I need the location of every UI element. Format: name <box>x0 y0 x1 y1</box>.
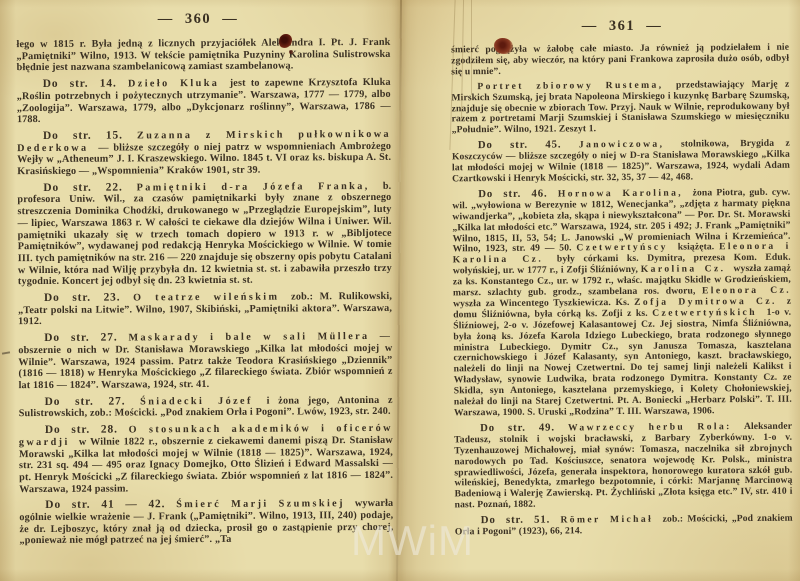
text-run: obszernie o nich w Dr. Stanisława Moraws… <box>18 343 392 391</box>
annotation-paragraph: Do str. 14. Dzieło Kluka jest to zapewne… <box>17 77 391 126</box>
note-page-reference: Do str. 27. <box>45 395 141 408</box>
emphasized-name: Römer Michał <box>560 514 662 526</box>
watermark: MWiM <box>351 517 451 565</box>
note-page-reference: Do str. 45. <box>478 139 579 152</box>
note-page-reference: Do str. 46. <box>478 187 558 200</box>
annotation-paragraph: Do str. 45. Janowiczowa, stolnikowa, Bry… <box>452 138 790 185</box>
note-page-reference: Do str. 15. <box>43 129 137 142</box>
emphasized-name: Maskarady i bale w sali Müllera — <box>128 331 392 344</box>
annotation-paragraph: Do str. 22. Pamiętniki d-ra Józefa Frank… <box>17 181 392 289</box>
note-page-reference: Do str. 27. <box>44 332 128 345</box>
annotation-paragraph: Do str. 41 — 42. Śmierć Marji Szumskiej … <box>19 498 393 547</box>
annotation-paragraph: Do str. 46. Hornowa Karolina, żona Piotr… <box>452 187 792 420</box>
annotation-paragraph: Do str. 27. Śniadecki Józef i żona jego,… <box>19 395 393 421</box>
annotation-paragraph: Do str. 49. Wawrzeccy herbu Rola: Aleksa… <box>454 421 793 512</box>
emphasized-name: Karolina Cz. <box>641 263 734 275</box>
emphasized-name: Śmierć Marji Szumskiej <box>176 498 355 510</box>
annotation-paragraph: łego w 1815 r. Była jedną z licznych prz… <box>16 37 390 74</box>
page-number-right: — 361 — <box>453 18 791 35</box>
book-gutter-crease <box>396 0 402 581</box>
text-run: 1-o v. Śliźniowej, 2-o v. Józefowej Kala… <box>453 307 792 419</box>
text-run: łego w 1815 r. Była jedną z licznych prz… <box>16 37 390 74</box>
page-number-left: — 360 — <box>18 11 378 28</box>
emphasized-name: Eleonora Cz. <box>702 285 791 297</box>
paper-crease <box>471 0 472 95</box>
annotation-paragraph: Portret zbiorowy Rustema, przedstawiając… <box>451 79 789 136</box>
emphasized-name: Pamiętniki d-ra Józefa Franka, <box>137 181 383 194</box>
note-page-reference: Do str. 41 — 42. <box>45 498 176 511</box>
emphasized-name: O teatrze wileńskim <box>133 292 291 304</box>
note-page-reference: Do str. 28. <box>45 424 129 437</box>
page-right-text: śmierć pogrążyła w żałobę całe miasto. J… <box>451 43 793 543</box>
annotation-paragraph: Do str. 23. O teatrze wileńskim zob.: M.… <box>18 291 392 328</box>
note-page-reference: Do str. 22. <box>43 181 136 194</box>
text-run: książęta. <box>678 242 719 253</box>
note-page-reference: Do str. 14. <box>43 78 128 91</box>
emphasized-name: Dzieło Kluka <box>128 78 230 90</box>
ink-stain-right-page <box>494 38 513 54</box>
note-page-reference: Do str. 51. <box>481 514 561 527</box>
text-run: Aleksander Tadeusz, stolnik i wojski bra… <box>454 421 793 511</box>
note-page-reference: Do str. 23. <box>44 292 133 305</box>
emphasized-name: Śniadecki Józef <box>140 395 267 407</box>
book-scan: — 360 — — 361 — łego w 1815 r. Była jedn… <box>0 0 800 581</box>
note-page-reference: Do str. 49. <box>480 421 568 434</box>
annotation-paragraph: Do str. 51. Römer Michał zob.: Mościcki,… <box>455 513 793 538</box>
annotation-paragraph: Do str. 15. Zuzanna z Mirskich pułkownik… <box>17 129 391 178</box>
margin-pencil-mark <box>2 351 10 354</box>
page-left-text: łego w 1815 r. Była jedną z licznych prz… <box>16 37 393 552</box>
ink-speck-left-page <box>289 50 293 54</box>
annotation-paragraph: Do str. 27. Maskarady i bale w sali Müll… <box>18 331 392 392</box>
annotation-paragraph: Do str. 28. O stosunkach akademików i of… <box>19 423 393 496</box>
text-run: b. profesora Uniw. Wil., za czasów pamię… <box>17 181 391 288</box>
emphasized-name: Czetwertyńscy <box>576 242 678 254</box>
